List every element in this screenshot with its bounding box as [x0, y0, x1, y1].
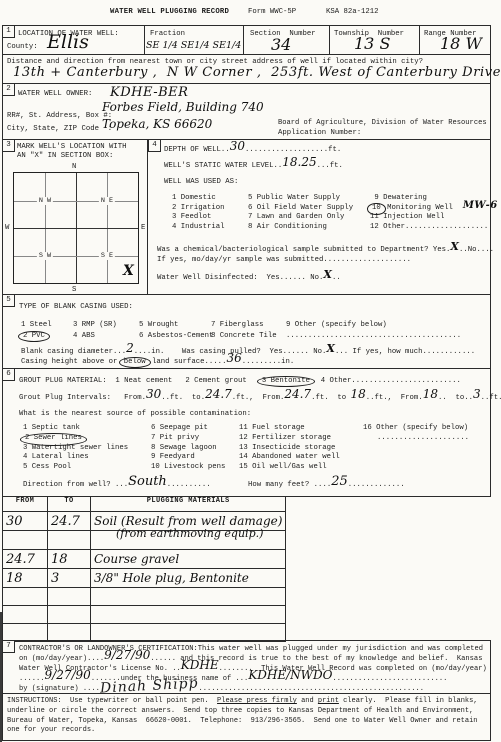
casing-option: 9 Other (specify below): [286, 321, 387, 329]
direction-from-well-line: Direction from well? ...South..........: [23, 481, 211, 489]
contamination-option: 12 Fertilizer storage: [239, 434, 331, 442]
board-of-agriculture-label: Board of Agriculture, Division of Water …: [278, 119, 487, 127]
contamination-option: 3 Watertight sewer lines: [23, 444, 128, 452]
intervals-label: Grout Plug Intervals: From.: [19, 394, 146, 402]
quadrant-nw-label: N W: [37, 197, 53, 205]
divider: [419, 26, 420, 54]
casing-title: TYPE OF BLANK CASING USED:: [19, 303, 133, 311]
cell-from: 24.7: [6, 552, 35, 567]
mark-location-label-1: MARK WELL'S LOCATION WITH: [17, 143, 126, 151]
casing-option: 7 Fiberglass: [211, 321, 264, 329]
diameter-label: Blank casing diameter...: [21, 348, 126, 356]
contamination-column-1: 1 Septic tank2 Sewer lines3 Watertight s…: [23, 424, 128, 473]
pvc-circle: 2 PVC: [18, 331, 50, 342]
divider: [144, 26, 145, 54]
grid-line: [14, 256, 138, 257]
bentonite-circle: 3 Bentonite: [257, 376, 315, 387]
depth-of-well-line: DEPTH OF WELL..30...................ft.: [164, 146, 341, 154]
use-option: 6 Oil Field Water Supply: [248, 204, 353, 212]
feet-dots: .............: [348, 481, 405, 489]
certification-line-2: on (mo/day/year)....9/27/90...... and th…: [19, 655, 482, 663]
static-dots: ...ft.: [317, 162, 343, 170]
dots: ...........................: [332, 675, 447, 683]
casing-option: 1 Steel: [21, 321, 52, 329]
owner-label: WATER WELL OWNER:: [18, 90, 92, 98]
static-label: WELL'S STATIC WATER LEVEL..: [164, 162, 282, 170]
range-number-value: 18 W: [440, 34, 482, 53]
quadrant-ne-label: N E: [99, 197, 115, 205]
interval-dots: .. to..: [438, 394, 473, 402]
address-label: RR#, St. Address, Box #:: [7, 112, 112, 120]
form-number: Form WWC-5P: [248, 8, 296, 16]
certification-line-4: ......9/27/90.......under the business n…: [19, 675, 447, 683]
sample-date-line: If yes, mo/day/yr sample was submitted..…: [157, 256, 411, 264]
use-option-number: 10: [372, 204, 381, 212]
distance-value: 13th + Canterbury , N W Corner , 253ft. …: [13, 65, 501, 80]
completed-on-label: on (mo/day/year)....: [19, 655, 104, 663]
casing-pulled-dots: ... If yes, how much............: [335, 348, 475, 356]
dots: ......: [19, 675, 45, 683]
casing-option: 4 ABS: [73, 332, 95, 340]
disinfected-line: Water Well Disinfected: Yes...... No.X..: [157, 274, 341, 282]
use-option: 4 Industrial: [172, 223, 225, 231]
section-6-grout: 6 GROUT PLUG MATERIAL: 1 Neat cement 2 C…: [2, 368, 491, 497]
plugging-materials-table: FROM TO PLUGGING MATERIALS 30 24.7 Soil …: [2, 496, 286, 642]
interval-dots: .ft. to: [311, 394, 350, 402]
county-value: Ellis: [47, 31, 89, 53]
feet-label: How many feet? ....: [248, 481, 331, 489]
contamination-option: 5 Cess Pool: [23, 463, 71, 471]
contamination-option: 15 Oil well/Gas well: [239, 463, 327, 471]
table-row: [3, 606, 286, 624]
use-option: 9 Dewatering: [370, 194, 427, 202]
interval-dots: ..ft.: [481, 394, 501, 402]
cell-material: 3/8" Hole plug, Bentonite: [94, 571, 249, 585]
well-location-x-mark: X: [123, 264, 134, 278]
table-header-materials: PLUGGING MATERIALS: [91, 497, 286, 512]
section-3-number: 3: [3, 140, 15, 152]
interval-dots: .ft., From.: [232, 394, 285, 402]
sample-question: Was a chemical/bacteriological sample su…: [157, 246, 450, 254]
use-option: 7 Lawn and Garden Only: [248, 213, 344, 221]
application-number-label: Application Number:: [278, 129, 361, 137]
table-header-to: TO: [48, 497, 91, 512]
casing-option: 3 RMP (SR): [73, 321, 117, 329]
grout-intervals-line: Grout Plug Intervals: From.30..ft. to.24…: [19, 394, 501, 402]
dots: ........................................…: [198, 685, 424, 693]
owner-value: KDHE-BER: [110, 85, 188, 100]
section-3-4-row: 3 MARK WELL'S LOCATION WITH AN "X" IN SE…: [2, 139, 491, 295]
contamination-column-4: 16 Other (specify below)................…: [363, 424, 469, 444]
compass-north-label: N: [72, 163, 76, 171]
city-state-zip-label: City, State, ZIP Code :: [7, 125, 112, 133]
table-row: (from earthmoving equip.): [3, 531, 286, 550]
height-mid-label: land surface.....: [148, 358, 227, 366]
instructions-box: INSTRUCTIONS: Use typewriter or ball poi…: [2, 693, 491, 741]
contamination-option: 7 Pit privy: [151, 434, 199, 442]
section-4-number: 4: [148, 140, 161, 152]
contamination-other-dots: .....................: [363, 434, 469, 442]
section-2-owner: 2 WATER WELL OWNER: RR#, St. Address, Bo…: [2, 83, 491, 140]
interval-dots: ..ft. to.: [161, 394, 205, 402]
depth-label: DEPTH OF WELL..: [164, 146, 230, 154]
table-row: 18 3 3/8" Hole plug, Bentonite: [3, 569, 286, 588]
use-option: 3 Feedlot: [172, 213, 211, 221]
direction-label: Direction from well? ...: [23, 481, 128, 489]
use-option: 8 Air Conditioning: [248, 223, 327, 231]
fraction-label: Fraction: [150, 30, 185, 38]
page-title: WATER WELL PLUGGING RECORD: [110, 8, 229, 16]
compass-south-label: S: [72, 286, 76, 294]
interval-dots: ..ft., From.: [366, 394, 423, 402]
use-option: 12 Other...................: [370, 223, 488, 231]
cell-material: Course gravel: [94, 552, 179, 566]
use-option: 5 Public Water Supply: [248, 194, 340, 202]
casing-option-pvc: 2 PVC: [23, 332, 45, 340]
disinfected-dots: ..: [332, 274, 341, 282]
instructions-text: INSTRUCTIONS: Use typewriter or ball poi…: [7, 697, 487, 736]
contamination-option: 14 Abandoned water well: [239, 453, 340, 461]
cell-to: 18: [51, 552, 68, 567]
signature-label: by (signature) ....: [19, 685, 100, 693]
uses-column-1: 1 Domestic2 Irrigation3 Feedlot4 Industr…: [172, 194, 225, 233]
contamination-option: 16 Other (specify below): [363, 424, 468, 432]
contamination-option: 6 Seepage pit: [151, 424, 208, 432]
section-1-number: 1: [3, 26, 15, 38]
address-value: Forbes Field, Building 740: [102, 100, 264, 114]
casing-diameter-line: Blank casing diameter...2....in. Was cas…: [21, 348, 475, 356]
section-2-number: 2: [3, 84, 15, 96]
grout-other-dots: 4 Other.........................: [312, 377, 461, 385]
contamination-option: 9 Feedyard: [151, 453, 195, 461]
table-row: [3, 624, 286, 642]
water-well-plugging-record-form: WATER WELL PLUGGING RECORD Form WWC-5P K…: [0, 0, 501, 742]
mark-location-label-2: AN "X" IN SECTION BOX:: [17, 152, 113, 160]
contamination-column-3: 11 Fuel storage12 Fertilizer storage13 I…: [239, 424, 340, 473]
section-4-well-info: 4 DEPTH OF WELL..30...................ft…: [148, 140, 490, 294]
compass-east-label: E: [141, 224, 145, 232]
instructions-prefix: INSTRUCTIONS: Use typewriter or ball poi…: [7, 697, 217, 705]
certification-line-1: CONTRACTOR'S OR LANDOWNER'S CERTIFICATIO…: [19, 645, 483, 653]
use-option: 11 Injection Well: [370, 213, 444, 221]
signature-value: Dinah Shipp: [100, 683, 198, 688]
section-7-certification: 7 CONTRACTOR'S OR LANDOWNER'S CERTIFICAT…: [2, 640, 491, 694]
quadrant-sw-label: S W: [37, 252, 53, 260]
table-row: 24.7 18 Course gravel: [3, 550, 286, 569]
sample-no-dots: ..No....: [459, 246, 494, 254]
quadrant-se-label: S E: [99, 252, 115, 260]
section-1-location: 1 LOCATION OF WATER WELL: County: Ellis …: [2, 25, 491, 55]
height-label: Casing height above or: [21, 358, 122, 366]
casing-option: 6 Asbestos-Cement: [139, 332, 213, 340]
section-6-number: 6: [3, 369, 15, 381]
direction-dots: ..........: [167, 481, 211, 489]
cell-to: 3: [51, 571, 59, 586]
divider: [329, 26, 330, 54]
contamination-option: 10 Livestock pens: [151, 463, 225, 471]
section-number-value: 34: [271, 35, 291, 54]
grid-line: [14, 228, 138, 229]
instructions-mid: and: [297, 697, 318, 705]
compass-west-label: W: [5, 224, 9, 232]
contamination-option: 13 Insecticide storage: [239, 444, 335, 452]
uses-column-2: 5 Public Water Supply6 Oil Field Water S…: [248, 194, 353, 233]
distance-direction-row: Distance and direction from nearest town…: [2, 54, 491, 84]
use-option: 1 Domestic: [172, 194, 216, 202]
section-grid: N W N E S W S E X: [13, 172, 139, 284]
license-label: Water Well Contractor's License No. ..: [19, 665, 181, 673]
contamination-label: What is the nearest source of possible c…: [19, 410, 251, 418]
form-statute: KSA 82a-1212: [326, 8, 379, 16]
disinfected-question: Water Well Disinfected: Yes...... No.: [157, 274, 323, 282]
below-word: below: [124, 358, 146, 366]
section-5-casing: 5 TYPE OF BLANK CASING USED: 1 Steel 3 R…: [2, 294, 491, 369]
contamination-column-2: 6 Seepage pit7 Pit privy8 Sewage lagoon9…: [151, 424, 225, 473]
sample-submitted-line: Was a chemical/bacteriological sample su…: [157, 246, 494, 254]
cell-from: 18: [6, 571, 23, 586]
cell-material-note: (from earthmoving equip.): [116, 527, 263, 540]
certification-line-5: by (signature) ....Dinah Shipp..........…: [19, 685, 424, 693]
how-many-feet-line: How many feet? ....25.............: [248, 481, 405, 489]
cell-material: Soil (Result from well damage): [94, 514, 282, 528]
grout-material-label: GROUT PLUG MATERIAL: 1 Neat cement 2 Cem…: [19, 377, 260, 385]
casing-other-dots: ........................................: [286, 332, 461, 340]
grid-line: [14, 201, 138, 202]
grout-option-bentonite: 3 Bentonite: [262, 377, 310, 385]
casing-option: 8 Concrete Tile: [211, 332, 277, 340]
section-7-number: 7: [3, 641, 15, 653]
cell-from: 30: [6, 514, 23, 529]
fraction-value: SE 1/4 SE1/4 SE1/4: [146, 40, 241, 51]
township-number-value: 13 S: [354, 34, 390, 53]
casing-height-line: Casing height above or below land surfac…: [21, 358, 294, 366]
table-header-row: FROM TO PLUGGING MATERIALS: [3, 497, 286, 512]
section-5-number: 5: [3, 295, 15, 307]
casing-option: 5 Wrought: [139, 321, 178, 329]
contamination-option: 4 Lateral lines: [23, 453, 89, 461]
cell-to: 24.7: [51, 514, 80, 529]
contamination-option: 1 Septic tank: [23, 424, 80, 432]
use-option: 2 Irrigation: [172, 204, 225, 212]
grout-material-line: GROUT PLUG MATERIAL: 1 Neat cement 2 Cem…: [19, 377, 461, 385]
used-as-label: WELL WAS USED AS:: [164, 178, 238, 186]
contamination-option: 11 Fuel storage: [239, 424, 305, 432]
city-state-zip-value: Topeka, KS 66620: [102, 117, 212, 131]
contamination-option-sewer: 2 Sewer lines: [25, 434, 82, 442]
below-circle: below: [119, 357, 151, 368]
use-option: Monitoring Well: [387, 204, 453, 212]
county-label: County:: [7, 43, 38, 51]
depth-dots: ...................ft.: [245, 146, 341, 154]
divider: [243, 26, 244, 54]
static-water-level-line: WELL'S STATIC WATER LEVEL..18.25...ft.: [164, 162, 343, 170]
press-firmly-underlined: Please press firmly: [217, 697, 297, 705]
uses-column-3: 9 Dewatering10 Monitoring WellMW-611 Inj…: [370, 194, 498, 233]
height-dots: .........in.: [242, 358, 295, 366]
contamination-option: 8 Sewage lagoon: [151, 444, 217, 452]
table-header-from: FROM: [3, 497, 48, 512]
section-3-mark-location: 3 MARK WELL'S LOCATION WITH AN "X" IN SE…: [3, 140, 148, 294]
table-row: [3, 588, 286, 606]
print-underlined: print: [318, 697, 339, 705]
